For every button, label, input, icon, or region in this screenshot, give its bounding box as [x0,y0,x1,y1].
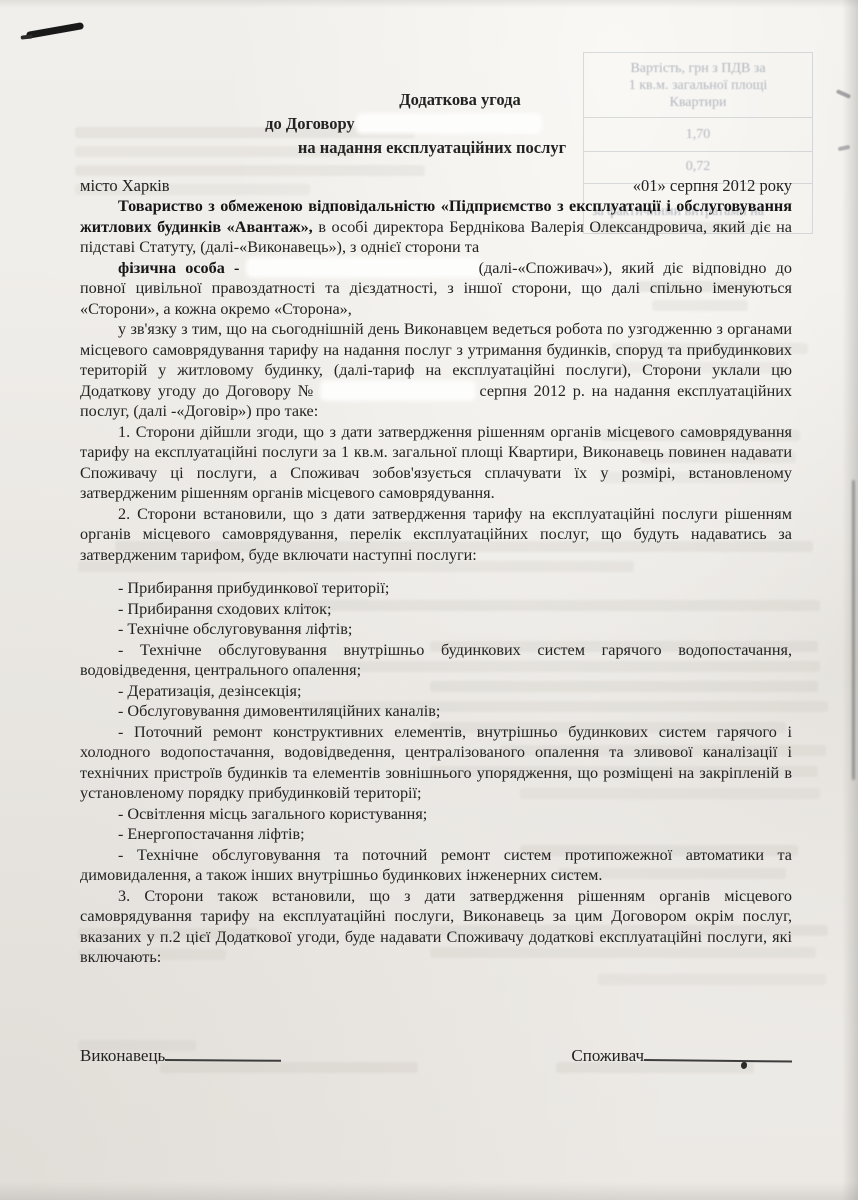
scanned-document-page: Вартість, грн з ПДВ за 1 кв.м. загальної… [0,0,858,1200]
service-item: - Обслуговування димовентиляційних канал… [80,701,792,722]
service-item: - Прибирання прибудинкової території; [80,578,792,599]
signature-consumer: Споживач [571,1046,792,1066]
redaction-box [359,116,539,131]
clause-3: 3. Сторони також встановили, що з дати з… [80,886,792,968]
title-line-1: Додаткова угода [104,88,816,112]
redaction-box [323,383,473,398]
service-item: - Освітлення місць загального користуван… [80,804,792,825]
clause-2-intro: 2. Сторони встановили, що з дати затверд… [80,504,792,566]
document-content: Додаткова угода до Договору на надання е… [80,88,792,1066]
title-line-3: на надання експлуатаційних послуг [76,136,788,160]
scan-edge-crease [852,480,855,780]
pen-mark [26,22,84,39]
party-consumer-paragraph: фізична особа - (далі-«Споживач»), який … [80,258,792,320]
service-item: - Поточний ремонт конструктивних елемент… [80,722,792,804]
service-item: - Прибирання сходових кліток; [80,599,792,620]
service-item: - Енергопостачання ліфтів; [80,824,792,845]
clause-1: 1. Сторони дійшли згоди, що з дати затве… [80,422,792,504]
scan-edge-shadow [0,0,858,8]
signature-line [644,1055,792,1063]
redaction-box [249,260,479,275]
service-item: - Дератизація, дезінсекція; [80,681,792,702]
party-consumer-lead: фізична особа - [118,259,249,277]
scan-edge-shadow [842,0,858,1200]
bleedthrough-text: Вартість, грн з ПДВ за [598,60,798,77]
signature-consumer-label: Споживач [571,1046,644,1065]
title-line-2-text: до Договору [265,114,355,133]
signature-row: Виконавець Споживач [80,1046,792,1066]
document-title: Додаткова угода до Договору на надання е… [80,88,792,160]
city-date-row: місто Харків «01» серпня 2012 року [80,176,792,196]
preamble-paragraph: у зв'язку з тим, що на сьогоднішній день… [80,319,792,422]
title-line-2: до Договору [46,112,758,136]
signature-line [165,1055,281,1062]
signature-executor: Виконавець [80,1046,281,1066]
service-item: - Технічне обслуговування ліфтів; [80,619,792,640]
service-item: - Технічне обслуговування та поточний ре… [80,845,792,886]
party-executor-paragraph: Товариство з обмеженою відповідальністю … [80,196,792,258]
date-label: «01» серпня 2012 року [633,176,792,196]
service-item: - Технічне обслуговування внутрішньо буд… [80,640,792,681]
service-list: - Прибирання прибудинкової території;- П… [80,578,792,886]
signature-executor-label: Виконавець [80,1046,165,1065]
scan-edge-shadow [0,1182,858,1200]
city-label: місто Харків [80,176,170,196]
